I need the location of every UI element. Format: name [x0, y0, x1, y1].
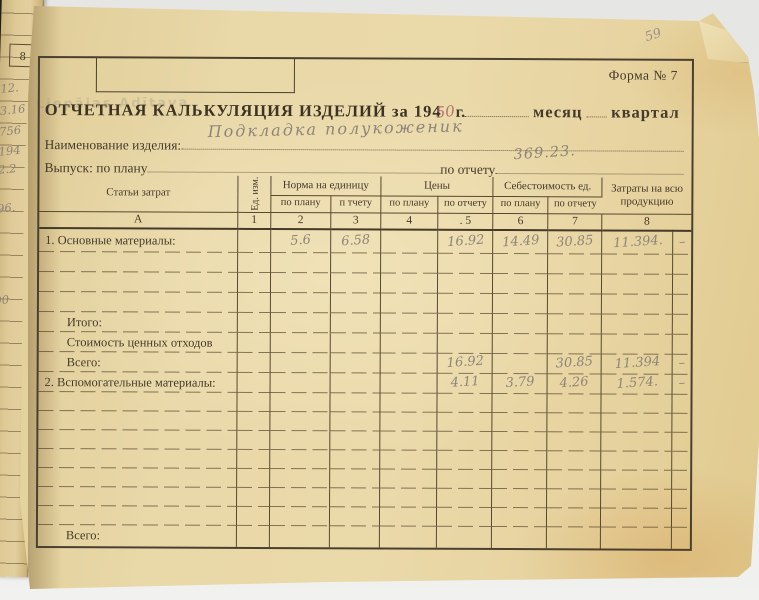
handwritten-value: 4.26: [559, 374, 589, 391]
table-row: [39, 252, 691, 275]
col-header-total-group: Затраты на всю продукцию: [602, 177, 691, 213]
index-cell: 2: [271, 212, 331, 229]
form-header: Форма № 7 ОТЧЕТНАЯ КАЛЬКУЛЯЦИЯ ИЗДЕЛИЙ з…: [39, 58, 692, 178]
cost-table: Статьи затрат Ед. изм. Норма на единицу …: [38, 175, 692, 549]
handwritten-value: 6.58: [341, 232, 371, 249]
output-row: Выпуск: по плану по отчету 369.23.: [44, 158, 683, 179]
handwritten-value: 11.394: [614, 354, 660, 372]
col-header-items: Статьи затрат: [39, 175, 237, 212]
index-cell: 1: [238, 212, 271, 229]
handwritten-value: –: [678, 356, 685, 371]
folded-corner: [694, 13, 752, 63]
table-row: Всего: 16.92 30.85 11.394 –: [39, 352, 691, 375]
table-row: [39, 272, 691, 295]
col-header-cost-report: по отчету: [548, 196, 602, 213]
row-label: 1. Основные материалы:: [39, 228, 237, 253]
index-cell: . 5: [438, 213, 493, 230]
col-header-norm-group: Норма на единицу: [271, 176, 381, 195]
col-header-norm-report: п тчету: [331, 195, 381, 212]
row-label: 2. Вспомогательные материалы:: [39, 372, 237, 393]
table-head: Статьи затрат Ед. изм. Норма на единицу …: [39, 175, 691, 231]
dotted-leader: 369.23.: [495, 160, 683, 175]
handwritten-value: 16.92: [446, 232, 484, 249]
index-cell: 3: [331, 212, 381, 229]
page-number-pencil: 59: [643, 26, 663, 45]
document-page: 59 Liepājas Adītava Форма № 7 ОТЧЕТНАЯ К…: [0, 0, 759, 600]
dotted-leader: [148, 158, 441, 173]
index-cell: 6: [493, 213, 548, 230]
handwritten-output-value: 369.23.: [513, 143, 576, 163]
index-cell: 8: [602, 213, 691, 230]
handwritten-value: 5.6: [290, 232, 312, 248]
handwritten-value: 3.79: [505, 374, 535, 391]
table-row: 1. Основные материалы: 5.6 6.58 16.92 14…: [39, 228, 691, 255]
col-header-norm-plan: по плану: [271, 195, 331, 212]
col-header-price-group: Цены: [381, 176, 493, 195]
photo-background: 8 12. 3.16 756 194 2.2 96. 90 59 Liepāja…: [0, 0, 759, 600]
handwritten-value: 16.92: [446, 354, 484, 371]
row-label: Стоимость ценных отходов: [39, 332, 237, 353]
table-row: 2. Вспомогательные материалы: 4.11 3.79 …: [39, 372, 691, 395]
table-row: Итого:: [39, 312, 691, 335]
handwritten-value: 11.394.: [612, 233, 662, 251]
handwritten-value: 14.49: [501, 232, 539, 249]
form-region: Форма № 7 ОТЧЕТНАЯ КАЛЬКУЛЯЦИЯ ИЗДЕЛИЙ з…: [36, 56, 694, 551]
dotted-leader: [465, 103, 529, 117]
quarter-label: квартал: [607, 102, 684, 122]
handwritten-value: –: [679, 234, 686, 249]
dotted-leader: [587, 103, 608, 117]
product-name-row: Наименование изделия: Подкладка полукоже…: [45, 135, 684, 156]
output-plan-label: Выпуск: по плану: [44, 160, 147, 176]
col-header-price-plan: по плану: [381, 195, 438, 212]
product-name-label: Наименование изделия:: [45, 137, 182, 154]
month-label: месяц: [529, 102, 587, 122]
handwritten-value: 1.574.: [616, 374, 658, 392]
handwritten-value: 30.85: [555, 354, 593, 371]
table-row: [39, 292, 691, 315]
handwritten-value: 4.11: [450, 374, 480, 391]
col-header-cost-group: Себестоимость ед.: [493, 177, 602, 196]
dotted-leader: Подкладка полукоженик: [181, 136, 683, 152]
index-cell: 4: [381, 212, 438, 229]
col-header-price-report: по отчету: [438, 196, 493, 213]
col-header-unit: Ед. изм.: [238, 176, 271, 212]
handwritten-value: –: [678, 376, 685, 391]
table-row: Всего:: [38, 525, 690, 549]
form-number-label: Форма № 7: [609, 67, 678, 83]
header-box: [96, 57, 295, 93]
row-label: Итого:: [39, 312, 237, 333]
index-cell: А: [39, 211, 237, 229]
table-row: Стоимость ценных отходов: [39, 332, 691, 355]
index-cell: 7: [548, 213, 602, 230]
row-label: Всего:: [38, 525, 236, 547]
row-label: Всего:: [39, 352, 237, 373]
report-label: по отчету: [440, 162, 495, 178]
handwritten-value: 30.85: [556, 233, 594, 250]
col-header-cost-plan: по плану: [493, 196, 548, 213]
table-body: 1. Основные материалы: 5.6 6.58 16.92 14…: [38, 228, 691, 549]
